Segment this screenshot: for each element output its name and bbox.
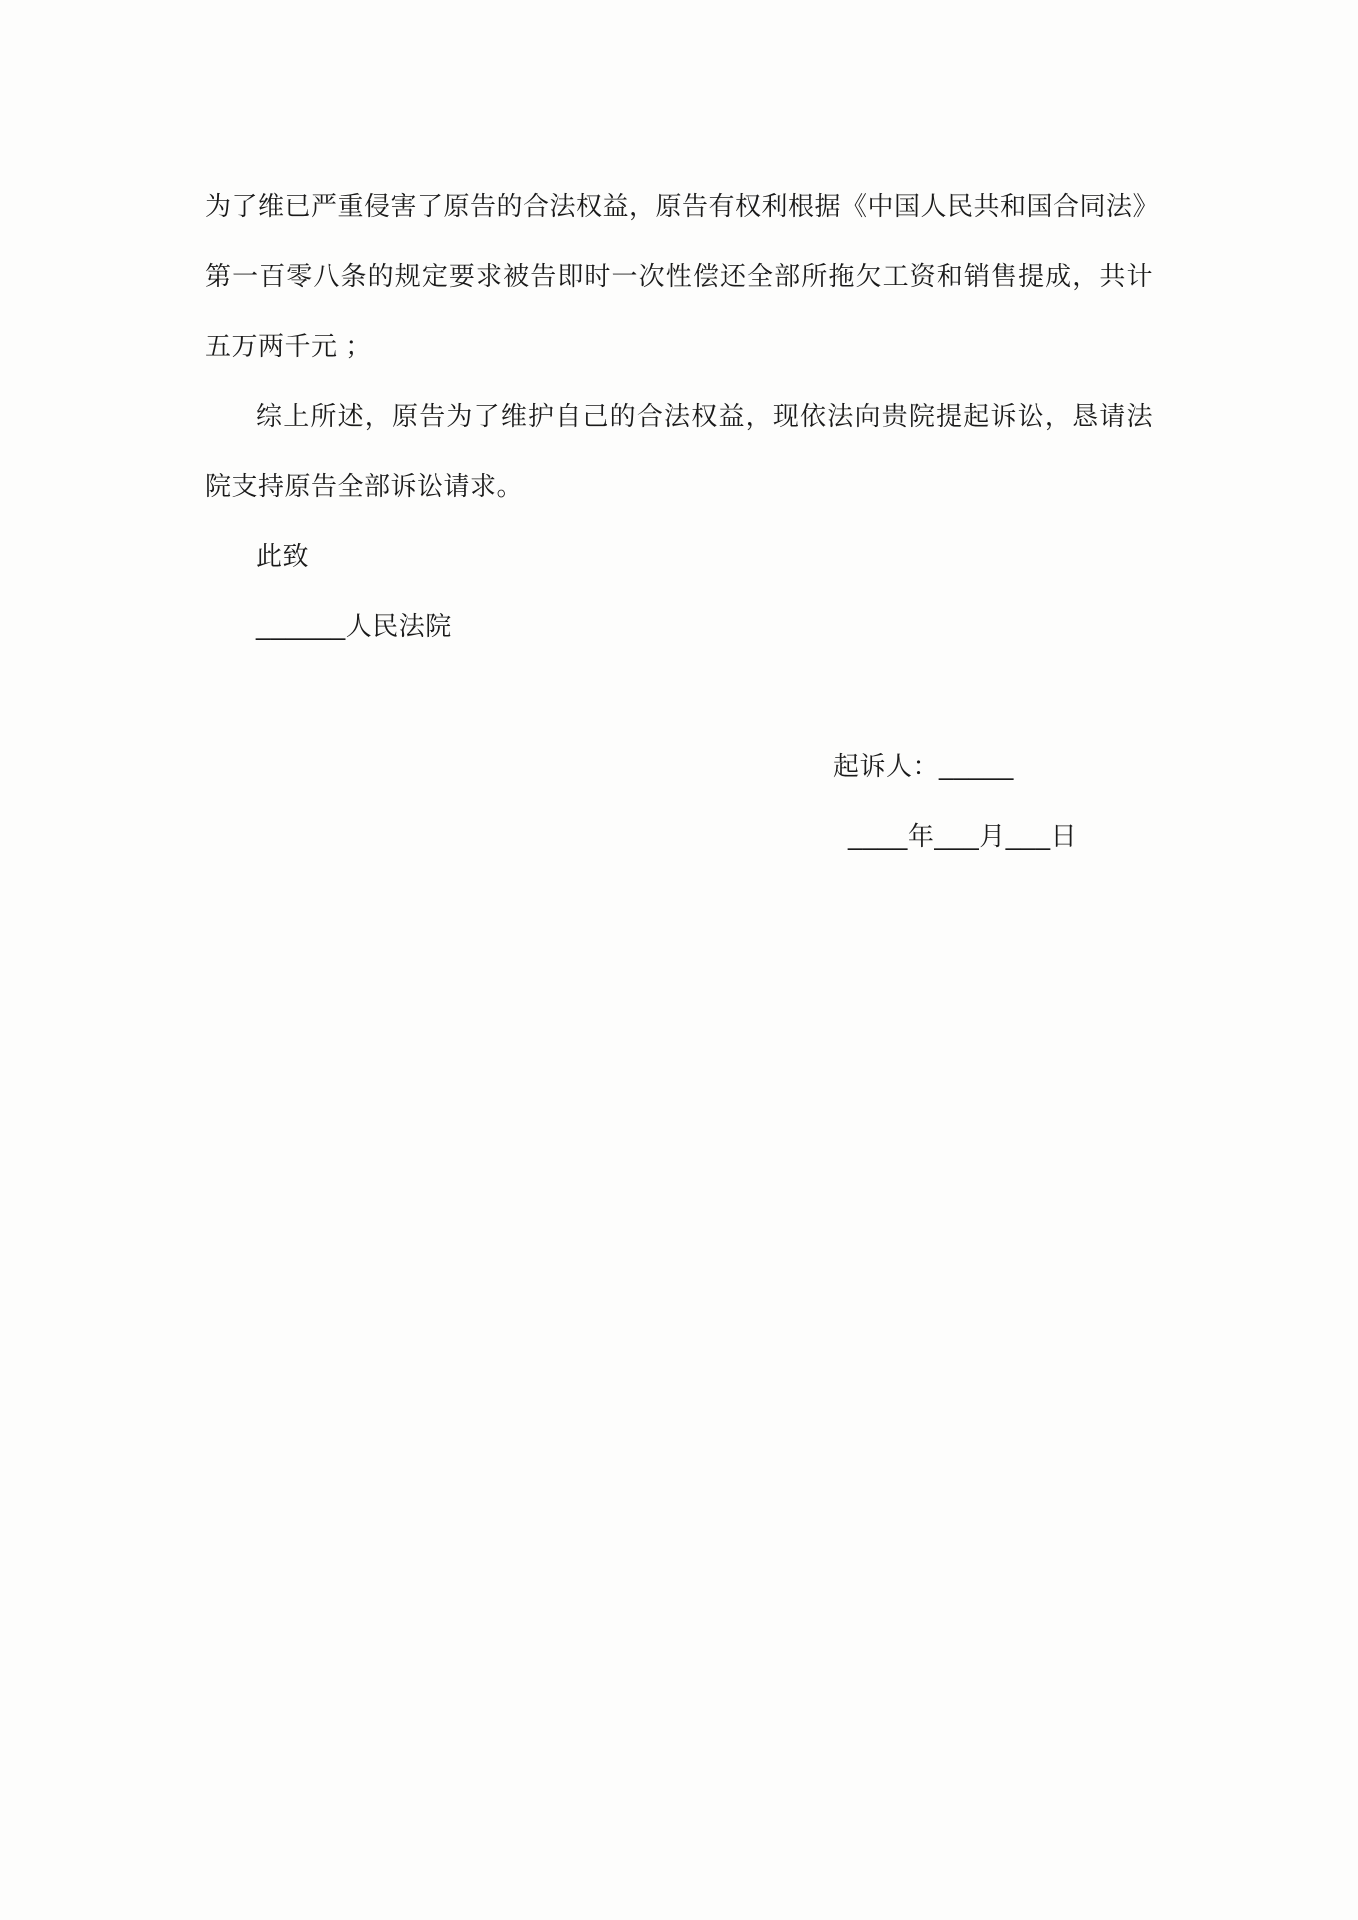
body-text-line-3: 五万两千元 ；: [205, 311, 1153, 381]
body-text-line-5: 院支持原告全部诉讼请求。: [205, 451, 1153, 521]
closing-salutation-line: 此致: [205, 521, 1153, 591]
date-line: ____年___月___日: [205, 801, 1153, 871]
blank-line: [205, 661, 1153, 731]
document-body: 为了维已严重侵害了原告的合法权益，原告有权利根据《中国人民共和国合同法》 第一百…: [205, 0, 1153, 871]
body-text-line-2: 第一百零八条的规定要求被告即时一次性偿还全部所拖欠工资和销售提成，共计: [205, 241, 1153, 311]
court-name-line: ______人民法院: [205, 591, 1153, 661]
body-text-line-1: 为了维已严重侵害了原告的合法权益，原告有权利根据《中国人民共和国合同法》: [205, 171, 1153, 241]
plaintiff-signature-line: 起诉人：_____: [205, 731, 1153, 801]
body-text-line-4: 综上所述，原告为了维护自己的合法权益，现依法向贵院提起诉讼，恳请法: [205, 381, 1153, 451]
document-page: 为了维已严重侵害了原告的合法权益，原告有权利根据《中国人民共和国合同法》 第一百…: [0, 0, 1358, 1920]
